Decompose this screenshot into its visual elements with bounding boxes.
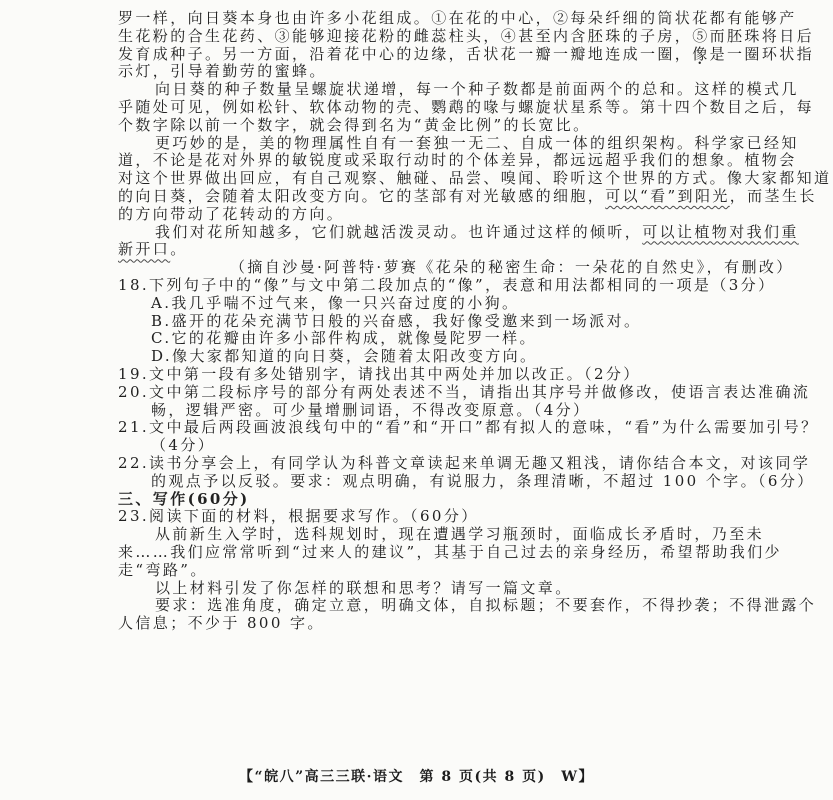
text-line: D.像大家都知道的向日葵，会随着太阳改变方向。 <box>151 348 832 366</box>
text-line: 更巧妙的是，美的物理属性自有一套独一无二、自成一体的组织架构。科学家已经知 <box>155 135 832 153</box>
text-segment: 要求：选准角度，确定立意，明确文体，自拟标题；不要套作，不得抄袭；不得泄露个 <box>155 596 816 614</box>
text-line: 22.读书分享会上，有同学认为科普文章读起来单调无趣又粗浅，请你结合本文，对该同… <box>118 455 832 473</box>
text-line: 要求：选准角度，确定立意，明确文体，自拟标题；不要套作，不得抄袭；不得泄露个 <box>155 597 832 615</box>
text-line: 20.文中第二段标序号的部分有两处表述不当，请指出其序号并做修改，使语言表达准确… <box>118 384 832 402</box>
text-segment: 乎随处可见，例如松针、软体动物的壳、鹦鹉的喙与螺旋状星系等。第十四个数目之后，每 <box>118 98 814 116</box>
text-segment: 18.下列句子中的“像”与文中第二段加点的“像”，表意和用法都相同的一项是（3分… <box>118 276 775 294</box>
text-segment: 走“弯路”。 <box>118 561 208 579</box>
text-line: A.我几乎喘不过气来，像一只兴奋过度的小狗。 <box>151 295 832 313</box>
text-line: 发育成种子。另一方面，沿着花中心的边缘，舌状花一瓣一瓣地连成一圈，像是一圈环状指 <box>118 46 832 64</box>
text-segment: 罗一样，向日葵本身也由许多小花组成。①在花的中心，②每朵纤细的筒状花都有能够产 <box>118 9 797 27</box>
text-line: 23.阅读下面的材料，根据要求写作。（60分） <box>118 508 832 526</box>
text-line: 19.文中第一段有多处错别字，请找出其中两处并加以改正。（2分） <box>118 366 832 384</box>
section-heading-line: 三、写作(60分) <box>118 491 832 509</box>
text-segment: 以上材料引发了你怎样的联想和思考？请写一篇文章。 <box>155 579 573 597</box>
exam-paper-page: 罗一样，向日葵本身也由许多小花组成。①在花的中心，②每朵纤细的筒状花都有能够产生… <box>0 0 833 800</box>
text-line: 18.下列句子中的“像”与文中第二段加点的“像”，表意和用法都相同的一项是（3分… <box>118 277 832 295</box>
text-line: 罗一样，向日葵本身也由许多小花组成。①在花的中心，②每朵纤细的筒状花都有能够产 <box>118 10 832 28</box>
text-line: 的向日葵，会随着太阳改变方向。它的茎部有对光敏感的细胞，可以“看”到阳光，而茎生… <box>118 188 832 206</box>
wavy-underlined-text: 新开口 <box>118 240 170 258</box>
text-segment: （4分） <box>151 436 215 454</box>
text-line: 我们对花所知越多，它们就越活泼灵动。也许通过这样的倾听，可以让植物对我们重 <box>155 224 832 242</box>
text-segment: D.像大家都知道的向日葵，会随着太阳改变方向。 <box>151 347 537 365</box>
emphasis-dotted-text: 像 <box>692 45 709 63</box>
text-segment: 的方向带动了花转动的方向。 <box>118 205 344 223</box>
text-line: 的观点予以反驳。要求：观点明确，有说服力，条理清晰，不超过 100 个字。（6分… <box>151 473 832 491</box>
text-segment: A.我几乎喘不过气来，像一只兴奋过度的小狗。 <box>151 294 519 312</box>
text-segment: 对这个世界做出回应，有自己观察、触碰、品尝、嗅闻、聆听这个世界的方式。像大家都知… <box>118 169 831 187</box>
document-text: 罗一样，向日葵本身也由许多小花组成。①在花的中心，②每朵纤细的筒状花都有能够产生… <box>118 10 832 633</box>
text-line: 畅，逻辑严密。可少量增删词语，不得改变原意。（4分） <box>151 402 832 420</box>
page-footer: 【“皖八”高三三联·语文 第 8 页(共 8 页) W】 <box>0 766 833 786</box>
text-segment: B.盛开的花朵充满节日般的兴奋感，我好像受邀来到一场派对。 <box>151 312 641 330</box>
text-segment: 道，不论是花对外界的敏锐度或采取行动时的个体差异，都远远超乎我们的想象。植物会 <box>118 151 797 169</box>
text-segment: 三、写作(60分) <box>118 490 250 508</box>
text-segment: 从前新生入学时，选科规划时，现在遭遇学习瓶颈时，面临成长矛盾时，乃至未 <box>155 525 764 543</box>
text-segment: 示灯，引导着勤劳的蜜蜂。 <box>118 62 327 80</box>
text-segment: 人信息；不少于 800 字。 <box>118 614 325 632</box>
text-segment: 的观点予以反驳。要求：观点明确，有说服力，条理清晰，不超过 100 个字。（6分… <box>151 472 815 490</box>
text-line: （4分） <box>151 437 832 455</box>
text-line: 21.文中最后两段画波浪线句中的“看”和“开口”都有拟人的意味，“看”为什么需要… <box>118 419 832 437</box>
text-line: 生花粉的合生花药、③能够迎接花粉的雌蕊柱头，④甚至内含胚珠的子房，⑤而胚珠将日后 <box>118 28 832 46</box>
text-segment: 我们对花所知越多，它们就越活泼灵动。也许通过这样的倾听， <box>155 223 642 241</box>
text-segment: 19.文中第一段有多处错别字，请找出其中两处并加以改正。（2分） <box>118 365 641 383</box>
text-segment: 22.读书分享会上，有同学认为科普文章读起来单调无趣又粗浅，请你结合本文，对该同… <box>118 454 810 472</box>
text-line: B.盛开的花朵充满节日般的兴奋感，我好像受邀来到一场派对。 <box>151 313 832 331</box>
text-line: 从前新生入学时，选科规划时，现在遭遇学习瓶颈时，面临成长矛盾时，乃至未 <box>155 526 832 544</box>
text-line: 道，不论是花对外界的敏锐度或采取行动时的个体差异，都远远超乎我们的想象。植物会 <box>118 152 832 170</box>
text-line: 新开口。 <box>118 241 832 259</box>
wavy-underlined-text: 可以“看”到阳光 <box>605 187 730 205</box>
text-line: 对这个世界做出回应，有自己观察、触碰、品尝、嗅闻、聆听这个世界的方式。像大家都知… <box>118 170 832 188</box>
text-line: 示灯，引导着勤劳的蜜蜂。 <box>118 63 832 81</box>
text-segment: 畅，逻辑严密。可少量增删词语，不得改变原意。（4分） <box>151 401 590 419</box>
wavy-underlined-text: 可以让植物对我们重 <box>642 223 799 241</box>
text-segment: 的向日葵，会随着太阳改变方向。它的茎部有对光敏感的细胞， <box>118 187 605 205</box>
text-line: 人信息；不少于 800 字。 <box>118 615 832 633</box>
text-line: 向日葵的种子数量呈螺旋状递增，每一个种子数都是前面两个的总和。这样的模式几 <box>155 81 832 99</box>
text-segment: 生花粉的合生花药、③能够迎接花粉的雌蕊柱头，④甚至内含胚珠的子房，⑤而胚珠将日后 <box>118 27 814 45</box>
text-segment: 21.文中最后两段画波浪线句中的“看”和“开口”都有拟人的意味，“看”为什么需要… <box>118 418 818 436</box>
text-segment: 个数字除以前一个数字，就会得到名为“黄金比例”的长宽比。 <box>118 116 591 134</box>
text-segment: ，而茎生长 <box>730 187 817 205</box>
text-line: 以上材料引发了你怎样的联想和思考？请写一篇文章。 <box>155 580 832 598</box>
text-line: C.它的花瓣由许多小部件构成，就像曼陀罗一样。 <box>151 330 832 348</box>
text-line: 走“弯路”。 <box>118 562 832 580</box>
text-line: 个数字除以前一个数字，就会得到名为“黄金比例”的长宽比。 <box>118 117 832 135</box>
text-segment: 23.阅读下面的材料，根据要求写作。（60分） <box>118 507 479 525</box>
text-segment: 20.文中第二段标序号的部分有两处表述不当，请指出其序号并做修改，使语言表达准确… <box>118 383 810 401</box>
text-line: 乎随处可见，例如松针、软体动物的壳、鹦鹉的喙与螺旋状星系等。第十四个数目之后，每 <box>118 99 832 117</box>
text-segment: （摘自沙曼·阿普特·萝赛《花朵的秘密生命：一朵花的自然史》，有删改） <box>230 258 794 276</box>
text-line: 来……我们应常常听到“过来人的建议”，其基于自己过去的亲身经历，希望帮助我们少 <box>118 544 832 562</box>
text-segment: 。 <box>170 240 187 258</box>
text-segment: 是一圈环状指 <box>710 45 814 63</box>
text-segment: 向日葵的种子数量呈螺旋状递增，每一个种子数都是前面两个的总和。这样的模式几 <box>155 80 799 98</box>
text-segment: C.它的花瓣由许多小部件构成，就像曼陀罗一样。 <box>151 329 537 347</box>
text-line: 的方向带动了花转动的方向。 <box>118 206 832 224</box>
text-line: （摘自沙曼·阿普特·萝赛《花朵的秘密生命：一朵花的自然史》，有删改） <box>230 259 832 277</box>
text-segment: 来……我们应常常听到“过来人的建议”，其基于自己过去的亲身经历，希望帮助我们少 <box>118 543 782 561</box>
text-segment: 更巧妙的是，美的物理属性自有一套独一无二、自成一体的组织架构。科学家已经知 <box>155 134 799 152</box>
text-segment: 发育成种子。另一方面，沿着花中心的边缘，舌状花一瓣一瓣地连成一圈， <box>118 45 692 63</box>
